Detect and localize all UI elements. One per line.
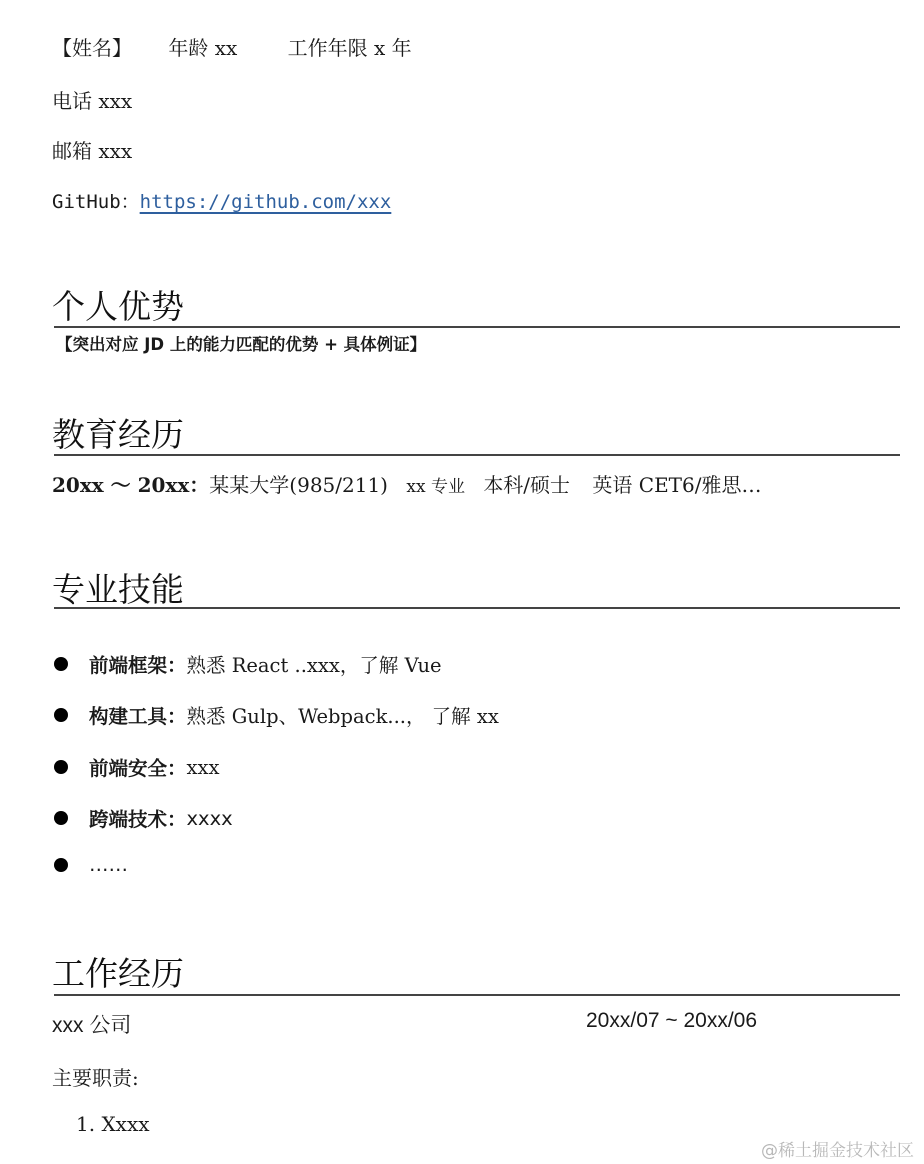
age: 年龄 xx [168, 32, 237, 61]
github-link[interactable]: https://github.com/xxx [140, 191, 392, 213]
skill-desc: 熟悉 Gulp、Webpack...， 了解 xx [187, 701, 499, 729]
duty-item: 1. Xxxx [76, 1112, 150, 1136]
bullet-icon [54, 811, 68, 825]
work-years: 工作年限 x 年 [288, 32, 412, 61]
education-degree: 本科/硕士 [483, 473, 570, 497]
duties-label: 主要职责: [52, 1062, 139, 1091]
education-major: xx 专业 [406, 477, 465, 497]
name: 【姓名】 [52, 32, 132, 61]
bullet-icon [54, 657, 68, 671]
company-name: xxx 公司 [52, 1009, 131, 1039]
education-period: 20xx ～ 20xx： [52, 473, 209, 497]
skill-item: …… [52, 853, 128, 876]
skill-label: …… [89, 853, 128, 876]
education-school: 某某大学(985/211) [209, 473, 388, 497]
bullet-icon [54, 708, 68, 722]
phone: 电话 xxx [52, 85, 132, 114]
section-title-education: 教育经历 [52, 409, 184, 456]
watermark: @稀土掘金技术社区 [761, 1136, 914, 1161]
education-english: 英语 CET6/雅思… [592, 473, 761, 497]
section-title-work: 工作经历 [52, 948, 184, 995]
skill-item: 前端安全：xxx [52, 753, 220, 781]
divider [54, 454, 900, 456]
education-entry: 20xx ～ 20xx：某某大学(985/211) xx 专业 本科/硕士 英语… [52, 469, 761, 498]
bullet-icon [54, 858, 68, 872]
bullet-icon [54, 760, 68, 774]
github-label: GitHub： [52, 191, 140, 213]
skill-item: 构建工具：熟悉 Gulp、Webpack...， 了解 xx [52, 701, 499, 729]
skill-desc: xxxx [187, 807, 233, 830]
advantage-content: 【突出对应 JD 上的能力匹配的优势 + 具体例证】 [56, 331, 426, 355]
divider [54, 994, 900, 996]
skill-desc: 熟悉 React ..xxx，了解 Vue [187, 650, 442, 678]
skill-label: 前端框架： [89, 650, 187, 678]
work-period: 20xx/07 ~ 20xx/06 [586, 1009, 757, 1033]
skill-item: 前端框架：熟悉 React ..xxx，了解 Vue [52, 650, 442, 678]
skill-label: 前端安全： [89, 753, 187, 781]
skill-label: 跨端技术： [89, 804, 187, 832]
divider [54, 607, 900, 609]
name-line: 【姓名】 年龄 xx 工作年限 x 年 [52, 32, 412, 61]
skill-item: 跨端技术：xxxx [52, 804, 233, 832]
section-title-advantage: 个人优势 [52, 281, 184, 328]
skill-label: 构建工具： [89, 701, 187, 729]
skill-desc: xxx [187, 756, 220, 779]
divider [54, 326, 900, 328]
email: 邮箱 xxx [52, 135, 132, 164]
github-line: GitHub：https://github.com/xxx [52, 187, 391, 214]
section-title-skills: 专业技能 [52, 564, 184, 611]
